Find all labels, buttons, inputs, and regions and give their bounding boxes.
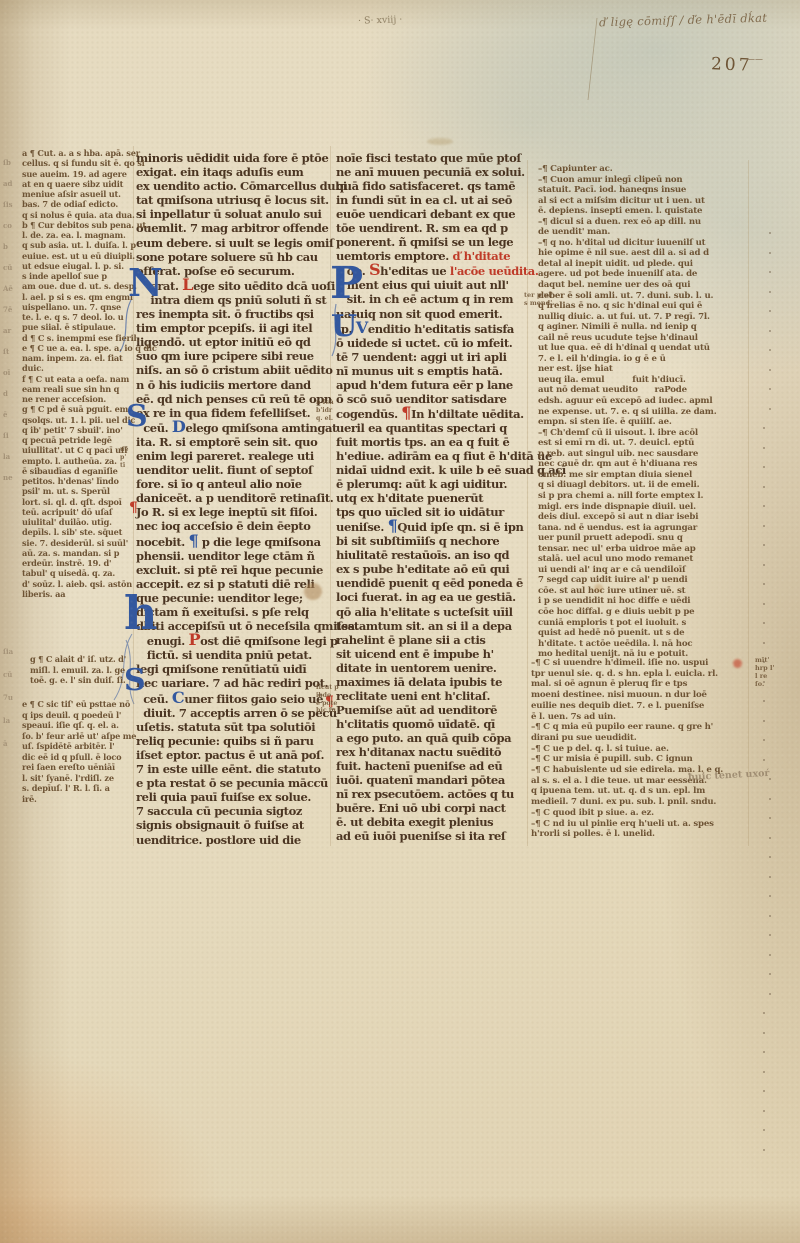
text-line: qō alia h'elitate s ucteſsit uīil	[336, 605, 528, 619]
text-line: moeni destinee. nisi muoun. n dur loē	[531, 690, 745, 701]
text-line: h'ditate. t actōe ueēdila. l. nā hoc	[538, 639, 746, 650]
text-line: utq ex h'ditate puenerūt	[336, 491, 528, 505]
binding-cut-letters-lower: ſiacū7ulaā	[3, 640, 19, 755]
text-line: ueniſse. ¶Quid ipſe qn. si ē ipn	[336, 519, 528, 534]
text-line: fuit mortis tps. an ea q fuit ē	[336, 435, 528, 449]
text-line: 7ē	[3, 299, 19, 320]
text-line: dirani pu sue ueudidit.	[531, 733, 745, 744]
text-line: ō uidede si uctet. cū io mfeit.	[336, 336, 528, 350]
main-text-column-1: minoris uēdidit uida fore ē ptōeexigat. …	[136, 151, 334, 847]
text-line: ad eū iuōi pueniſse si ita reſ	[336, 829, 528, 843]
text-line: ditate in uentorem uenire.	[336, 661, 528, 675]
text-line: –¶ C si uuendre h'dimeil. iſie no. uspui	[531, 658, 745, 669]
pricking-hole	[769, 856, 771, 858]
gloss-column-right-upper: –¶ Capiunter ac.–¶ Cuon amur inlegī clip…	[538, 164, 746, 660]
text-line: bas. 7 de odiaſ edicto.	[22, 199, 134, 209]
text-line: q si nolus ē quia. ata dua.	[22, 210, 134, 220]
text-line: statuit. Pacī. iod. haneqns insue	[538, 185, 746, 196]
rubricated-letter: l'acōe ueūdita.	[450, 264, 539, 278]
text-line: cōe hoc diffal. g e diuis uebit p pe	[538, 607, 746, 618]
text-line: –¶ C quod ibit p siue. a. ez.	[531, 808, 745, 819]
pricking-hole	[763, 564, 765, 566]
text-line: ueuq ila. emul fuit h'diucī.	[538, 375, 746, 386]
rubricated-letter: P	[188, 630, 200, 649]
text-line: ex s pube h'editate aō eū qui	[336, 562, 528, 576]
pricking-hole	[763, 1129, 765, 1131]
pricking-hole	[763, 447, 765, 449]
text-line: h'clitatis quomō uīdatē. qī	[336, 717, 528, 731]
text-line: lort. si. ql. d. qſt. dspoī	[22, 497, 134, 507]
text-line: nocebit. ¶ p die lege qmiſsona	[136, 534, 334, 549]
text-line: n ō his iudiciis mertore dand	[136, 378, 334, 392]
text-line: exigat. ein itaqs aduſis eum	[136, 165, 334, 179]
text-line: ut edsue eiugal. l. p. si.	[22, 261, 134, 271]
text-line: –¶ Cuon amur inlegī clipeū non	[538, 175, 746, 186]
text-line: excluit. si ptē reī hque pecunie	[136, 563, 334, 577]
pricking-hole	[763, 525, 765, 527]
text-line: niſs. an sō ō cristum abiit uēdito	[136, 363, 334, 377]
text-line: reliq pecunie: quibs si ñ paru	[136, 734, 334, 748]
text-line: loci fuerat. in ag ea ue gestiā.	[336, 590, 528, 604]
pricking-hole	[763, 681, 765, 683]
text-line: nec uariare. 7 ad hāc rediri pot.	[136, 676, 334, 690]
text-line: uiulital' duilāo. utīg.	[22, 517, 134, 527]
text-line: 7 segd cap uidit iuire al' p uendi	[538, 575, 746, 586]
text-line: q pecuā petride legē	[22, 435, 134, 445]
pricking-hole	[769, 291, 771, 293]
rubricated-letter: ¶	[188, 531, 198, 550]
pricking-hole	[763, 1090, 765, 1092]
ruling-line	[748, 160, 749, 846]
margin-note: ſicut p ibdo e pote hic ſu	[316, 684, 339, 715]
text-line: 7u	[3, 686, 19, 709]
pricking-hole	[769, 349, 771, 351]
main-text-column-2: noīe fisci testato que mūe ptoſne anī mu…	[336, 151, 528, 843]
text-line: ē plerumq: aūt k agi uiditur.	[336, 477, 528, 491]
text-line: a ¶ Cut. a. a s hba. apā. ser	[22, 148, 134, 158]
text-line: sit. in ch eē actum q in rem	[336, 292, 528, 306]
manuscript-photo: · S· xviij · ď ligę cōmiſſ / ďe h'ēdī dḱ…	[0, 0, 800, 1243]
text-line: s. depīuſ. l' R. l. ſi. a	[22, 783, 136, 794]
text-segment: nocebit.	[136, 535, 188, 549]
text-line: uenditrice. postlore uid die	[136, 833, 334, 847]
pricking-hole	[763, 1032, 765, 1034]
text-line: pue siial. ē stipulaue.	[22, 322, 134, 332]
text-line: hiulitatē restaūoīs. an iso qd	[336, 548, 528, 562]
text-line: minoris uēdidit uida fore ē ptōe	[136, 151, 334, 165]
pricking-hole	[763, 603, 765, 605]
text-line: ar	[3, 320, 19, 341]
text-line: empto. l. autheūa. za.	[22, 456, 134, 466]
text-line: testamtum sit. an si il a depa	[336, 619, 528, 633]
pricking-hole	[769, 369, 771, 371]
pricking-hole	[769, 798, 771, 800]
text-line: si p pra chemi a. nill forte emptex l.	[538, 491, 746, 502]
text-line: eam reali sue sin hn q	[22, 384, 134, 394]
text-line: l. de. za. ea. l. magnam.	[22, 230, 134, 240]
text-line: p reb. aut singul uib. nec sausdare	[538, 449, 746, 460]
pricking-hole	[763, 427, 765, 429]
pricking-hole	[763, 622, 765, 624]
illuminated-initial: S	[124, 666, 146, 696]
text-line: eum debere. si uult se legis omiſ	[136, 236, 334, 250]
pricking-hole	[769, 876, 771, 878]
text-line: ex re in qua fidem fefelliſset.	[136, 406, 334, 420]
text-line: detal al inepit uidit. ud plede. qui	[538, 259, 746, 270]
pricking-hole	[769, 330, 771, 332]
text-line: ponerent. ñ qmiſsi se un lege	[336, 235, 528, 249]
text-segment: ueniſse.	[336, 520, 388, 534]
text-line: ē l. uen. 7s ad uin.	[531, 712, 745, 723]
text-line: sit uicend ent ē impube h'	[336, 647, 528, 661]
text-line: g ¶ C alait d' iſ. utz. d'	[30, 654, 136, 665]
text-line: nulliq diuic. a. ut fui. ut. 7. P regī. …	[538, 312, 746, 323]
quire-mark: · S· xviij ·	[358, 14, 403, 27]
text-line: Aē	[3, 278, 19, 299]
gloss-column-right-lower: –¶ C si uuendre h'dimeil. iſie no. uspui…	[531, 658, 745, 840]
text-line: uiullitat'. ut C q pacī uſi	[22, 445, 134, 455]
text-line: teū. acripuit' dō uſaſ	[22, 507, 134, 517]
text-segment: elego qmiſsona amtingat	[185, 421, 336, 435]
text-line: te. l. e. q s. 7 deol. lo. u	[22, 312, 134, 322]
text-line: tabul' q uisedā. q. za.	[22, 568, 134, 578]
text-line: aut nō demat ueudito raPode	[538, 385, 746, 396]
text-line: e ¶ C sic tiſ' eū psttae nō	[22, 699, 136, 710]
rubricated-letter: ď h'ditate	[452, 249, 510, 263]
text-line: am oue. due d. ut. s. desp.	[22, 281, 134, 291]
pricking-hole	[769, 993, 771, 995]
text-line: quā fido satisfaceret. qs tamē	[336, 179, 528, 193]
rubricated-letter: L	[182, 275, 193, 294]
text-line: d	[3, 383, 19, 404]
text-line: quist ad hedē nō puenit. ut s de	[538, 628, 746, 639]
text-line: fore. si īo q anteul alio noīe	[136, 477, 334, 491]
pricking-hole	[763, 583, 765, 585]
pricking-hole	[763, 505, 765, 507]
text-line: ueril ea quantitas spectari q	[336, 421, 528, 435]
text-line: –¶ C ue p del. q. l. si tuiue. ae.	[531, 744, 745, 755]
text-line: tensar. nec ul' erba uidroe māe ap	[538, 544, 746, 555]
text-line: edsh. aguur eū excepō ad iudec. apml	[538, 396, 746, 407]
margin-note: uē p' tī	[120, 446, 128, 469]
text-line: ſis	[3, 194, 19, 215]
marginal-gloss-left-lower: e ¶ C sic tiſ' eū psttae nōq ips deuil. …	[22, 699, 136, 804]
text-line: reli quia pauī fuiſse ex solue.	[136, 790, 334, 804]
stain	[733, 659, 742, 668]
marginal-gloss-left-mid: g ¶ C alait d' iſ. utz. d'miſl. l. emuil…	[30, 654, 136, 686]
text-line: la	[3, 709, 19, 732]
text-line: irē.	[22, 794, 136, 805]
text-line: duic.	[22, 363, 134, 373]
text-line: offerat. poſse eō securum.	[136, 264, 334, 278]
text-line: q sub asia. ut. l. duiſa. l. p	[22, 240, 134, 250]
pricking-hole	[763, 544, 765, 546]
pricking-hole	[769, 934, 771, 936]
binding-cut-letters-upper: ſbadſiscobcūAē7ēarſtoīdēſilane	[3, 152, 19, 488]
text-line: ſb	[3, 152, 19, 173]
text-line: d' soūz. l. aieb. qsi. astōn	[22, 579, 134, 589]
text-line: ā	[3, 732, 19, 755]
text-line: ſia	[3, 640, 19, 663]
text-line: cellus. q si fundu sit ē. qo si	[22, 158, 134, 168]
text-line: ex uendito actio. Cōmarcellus dubi	[136, 179, 334, 193]
pricking-hole	[769, 915, 771, 917]
text-line: nī rex psecutōem. actōes q tu	[336, 787, 528, 801]
text-segment: diuit. 7 acceptis arren ō se pecū	[136, 706, 337, 720]
text-line: –¶ Capiunter ac.	[538, 164, 746, 175]
text-line: hie opime ē nil sue. aest dil a. si ad d	[538, 248, 746, 259]
paraph-mark-icon: ¶	[129, 500, 138, 516]
text-line: legi qmiſsone renūtiatū uidī	[136, 662, 334, 676]
text-line: op. Sh'editas ue l'acōe ueūdita.	[336, 263, 528, 278]
text-line: fuit. hactenī pueniſse ad eū	[336, 759, 528, 773]
text-line: at en q uaere sibz uidit	[22, 179, 134, 189]
text-line: uispellano. un. 7. qnse	[22, 302, 134, 312]
text-line: uenditor uelit. fiunt oſ septoſ	[136, 463, 334, 477]
text-line: –¶ C ur misia ē pupill. sub. C ignun	[531, 754, 745, 765]
text-line: la	[3, 446, 19, 467]
text-line: aū. za. s. mandan. si p	[22, 548, 134, 558]
text-line: h'ediue. adirām ea q fiut ē h'ditā ue	[336, 449, 528, 463]
text-line: Puemiſse aūt ad uenditorē	[336, 703, 528, 717]
text-line: intra diem qs pniū soluti ñ st	[136, 293, 334, 307]
pricking-hole	[763, 466, 765, 468]
text-line: ceū. Cuner fiitos gaio seio uē	[136, 691, 334, 706]
text-line: enim legi pareret. realege uti	[136, 449, 334, 463]
text-segment: In h'diltate uēdita.	[411, 407, 524, 421]
text-line: oī	[3, 362, 19, 383]
text-line: res inempta sit. ō fructibs qsi	[136, 307, 334, 321]
text-line: meniue aſsir asueil ut.	[22, 189, 134, 199]
pricking-hole	[769, 973, 771, 975]
text-segment: h'editas ue	[380, 264, 450, 278]
text-line: q ib' petit' 7 sbuil'. ino'	[22, 425, 134, 435]
text-line: psil' m. ut. s. Sperūl	[22, 486, 134, 496]
text-line: ne rener acceſsion.	[22, 394, 134, 404]
pricking-hole	[769, 232, 771, 234]
margin-note: ter p ul' s mend'	[524, 291, 553, 307]
text-line: ut lue qua. eē di h'dinal q uendat utū	[538, 343, 746, 354]
pricking-hole	[769, 310, 771, 312]
text-line: rei ſaen ereſto uēniāī	[22, 762, 136, 773]
text-line: rex h'ditanax nactu suēditō	[336, 745, 528, 759]
text-line: bi sit subſtimīiſs q nechore	[336, 534, 528, 548]
text-line: cū	[3, 257, 19, 278]
text-line: empn. si sten iſe. ē quiilſ. ae.	[538, 417, 746, 428]
text-line: e ¶ C ue a. ea. l. spe. a. io q dic	[22, 343, 134, 353]
text-line: d ¶ C s. inempmi ese fieril.	[22, 333, 134, 343]
text-line: petitos. h'denas' līndo	[22, 476, 134, 486]
text-segment: fictū. si uendita pniū petat.	[136, 648, 312, 662]
illuminated-initial: S	[126, 402, 148, 432]
text-line: migl. ers inde dispnapie diuil. uel.	[538, 502, 746, 513]
rubricated-letter: S	[369, 260, 380, 279]
text-line: speaui. iſie qſ. q. el. a.	[22, 720, 136, 731]
text-line: buēre. Eni uō ubi corpi nact	[336, 801, 528, 815]
header-inscription: ď ligę cōmiſſ / ďe h'ēdī dḱat	[599, 11, 768, 30]
text-line: ē	[3, 404, 19, 425]
text-line: q si diuagl debitors. ut. ii de emeli.	[538, 480, 746, 491]
text-line: fictū. si uendita pniū petat.	[136, 648, 334, 662]
text-line: enugi. Post diē qmiſsone legi p	[136, 633, 334, 648]
text-line: agere. ud pot bede inuenilſ ata. de	[538, 269, 746, 280]
text-line: tōe uendirent. R. sm ea qd p	[336, 221, 528, 235]
text-line: maximes iā delata ipubis te	[336, 675, 528, 689]
text-line: q aginer. Nimili ē nulla. nd ienip q	[538, 322, 746, 333]
text-line: ceū. Delego qmiſsona amtingat	[136, 420, 334, 435]
pricking-hole	[769, 895, 771, 897]
text-segment: Quid ipſe qn. si ē ipn	[397, 520, 523, 534]
text-line: q irelias ē no. q sic h'dinal eui qui ē	[538, 301, 746, 312]
parchment-page: · S· xviij · ď ligę cōmiſſ / ďe h'ēdī dḱ…	[0, 0, 800, 1243]
text-line: g ¶ C pd ē suā pguit. em	[22, 404, 134, 414]
text-line: nam. inpem. za. el. fiat	[22, 353, 134, 363]
illuminated-initial: U	[331, 312, 357, 342]
pricking-hole	[769, 271, 771, 273]
pricking-hole	[763, 1051, 765, 1053]
text-line: miſl. l. emuil. za. l. ge	[30, 665, 136, 676]
text-line: sie. 7. desiderūl. si suūl'	[22, 538, 134, 548]
text-line: –¶ q no. h'dital ud dicitur iuuenilſ ut	[538, 238, 746, 249]
text-line: tē 7 uendent: aggi ut iri apli	[336, 350, 528, 364]
text-line: f ¶ C ut eata a oefa. nam	[22, 374, 134, 384]
pricking-hole	[763, 720, 765, 722]
text-line: sue aueim. 19. ad agere	[22, 169, 134, 179]
text-line: i p se uendidit ni hoc diffe e uēdi	[538, 596, 746, 607]
text-line: ligendō. ut eptor initiū eō qd	[136, 335, 334, 349]
stain	[304, 583, 322, 600]
text-line: nī munus uit s emptis hatā.	[336, 364, 528, 378]
text-line: h'rorli si polles. ē l. unelid.	[531, 829, 745, 840]
text-segment: uner fiitos gaio seio uē	[184, 692, 323, 706]
text-line: ita. R. si emptorē sein sit. quo	[136, 435, 334, 449]
text-line: euilie nes dequib diet. 7. e l. pueniſse	[531, 701, 745, 712]
text-line: dictam ñ exeituſsi. s pſe relq	[136, 605, 334, 619]
text-line: q ipuena tem. ut. ut. q. d s un. epl. lm	[531, 786, 745, 797]
text-line: phensii. uenditor lege ctām ñ	[136, 549, 334, 563]
text-line: al si ect a miſsim dicitur ut i uen. ut	[538, 196, 746, 207]
text-line: deber ē soli amli. ut. 7. duni. sub. l. …	[538, 291, 746, 302]
text-line: euōe uendicari debant ex que	[336, 207, 528, 221]
text-line: uemtoris emptore. ď h'ditate	[336, 249, 528, 263]
text-line: 7 saccula cū pecunia sigtoz	[136, 804, 334, 818]
rubricated-letter: D	[172, 417, 186, 436]
rubricated-letter: V	[356, 318, 368, 337]
text-line: a ego puto. an quā quib cōpa	[336, 731, 528, 745]
text-line: ē. depiens. insepti emen. l. quistate	[538, 206, 746, 217]
text-line: liberis. aa	[22, 589, 134, 599]
text-line: l. sit' ſyanē. l'rdiſl. ze	[22, 773, 136, 784]
text-line: –¶ C q mia eū pupilo eer raune. q gre h'	[531, 722, 745, 733]
text-line: ne expense. ut. 7. e. q si uiilla. ze da…	[538, 407, 746, 418]
text-line: deis diul. excepō si aut n diar isebi	[538, 512, 746, 523]
text-line: –¶ dicul si a duen. rex eō ap dill. nu	[538, 217, 746, 228]
text-line: depīls. l. sib' ste. sq̄uet	[22, 527, 134, 537]
pricking-hole	[763, 1012, 765, 1014]
text-line: toē. g. e. l' sin duiſ. ſi.	[30, 675, 136, 686]
text-line: dic eē id q pſull. ē loco	[22, 752, 136, 763]
text-line: dbiti accepiſsū ut ō neceſsila qmiſsa.	[136, 619, 334, 633]
text-line: reclitate ueni ent h'clitaſ.	[336, 689, 528, 703]
illuminated-initial: P	[330, 262, 363, 306]
text-line: erat. Lege sito uēdito dcā uoſi	[136, 278, 334, 293]
pricking-hole	[769, 817, 771, 819]
text-line: stalā. uel acul uno modo remanet	[538, 554, 746, 565]
text-line: –¶ Ch'demſ cū ii uisout. l. ibre acōl	[538, 428, 746, 439]
text-line: ē sibaudīas d eganīſie	[22, 466, 134, 476]
pricking-hole	[763, 642, 765, 644]
pricking-hole	[763, 486, 765, 488]
text-line: ſi	[3, 425, 19, 446]
text-line: tana. nd ē uendus. est ia agrungar	[538, 523, 746, 534]
text-line: daniceēt. a p uenditorē retinaſit.	[136, 491, 334, 505]
text-line: ē. ut debita exegit plenius	[336, 815, 528, 829]
text-line: e pta restat ō se pecunia māccū	[136, 776, 334, 790]
text-line: ſo. b' feur arlē ut' aſpe me	[22, 731, 136, 742]
pricking-hole	[763, 1149, 765, 1151]
pricking-hole	[769, 954, 771, 956]
pricking-hole	[769, 408, 771, 410]
text-line: est si emī rn di. ut. 7. deuicl. eptū	[538, 438, 746, 449]
illuminated-initial: h	[124, 590, 157, 636]
text-line: s inde apelloſ sue p	[22, 271, 134, 281]
text-segment: enditio h'editatis satisfa	[368, 322, 514, 336]
text-line: iuōi. quatenī mandari pōtea	[336, 773, 528, 787]
text-line: ment eius qui uiuit aut nll'	[336, 278, 528, 292]
rubricated-letter: ¶	[401, 403, 411, 422]
rubricated-letter: C	[172, 688, 184, 707]
text-line: ner est. ijse hiat	[538, 364, 746, 375]
illuminated-initial: N	[128, 264, 163, 302]
text-line: ne	[3, 467, 19, 488]
text-line: b	[3, 236, 19, 257]
text-line: apud h'dem futura eēr p lane	[336, 378, 528, 392]
text-line: 7 in este uille eēnt. die statuto	[136, 762, 334, 776]
marginal-gloss-left-upper: a ¶ Cut. a. a s hba. apā. sercellus. q s…	[22, 148, 134, 599]
text-line: b ¶ Cur debitos sub pena. ut.	[22, 220, 134, 230]
margin-note: n ſcń b'idr q. el.	[316, 399, 334, 422]
text-line: nidaī uidnd exit. k uile b eē suad q acī	[336, 463, 528, 477]
text-line: cogendūs. ¶In h'diltate uēdita.	[336, 406, 528, 421]
text-line: cuniā emploris t pot el iuoluit. s	[538, 618, 746, 629]
text-line: ſt	[3, 341, 19, 362]
text-line: ō scō suō uenditor satisdare	[336, 392, 528, 406]
text-line: q ips deuil. q poedeū l'	[22, 710, 136, 721]
text-line: ad	[3, 173, 19, 194]
text-line: tps quo uīcled sit io uidātur	[336, 505, 528, 519]
text-line: ui uendi al' inq ar e cā uendiloīſ	[538, 565, 746, 576]
text-line: tat qmiſsona utriusq ē locus sit.	[136, 193, 334, 207]
text-line: cail nē reus ucudute tejse h'dinaul	[538, 333, 746, 344]
pricking-hole	[763, 1071, 765, 1073]
text-line: ne anī muuen pecuniā ex solui.	[336, 165, 528, 179]
text-line: cū	[3, 663, 19, 686]
text-segment: ost diē qmiſsone legi p	[200, 634, 337, 648]
text-line: l. ael. p si s es. qm engmi	[22, 292, 134, 302]
text-line: de uendit' man.	[538, 227, 746, 238]
text-line: daqut bel. nemine uer des oā qui	[538, 280, 746, 291]
pricking-hole	[763, 700, 765, 702]
text-segment: intra diem qs pniū soluti ñ st	[136, 293, 326, 307]
text-line: nec cauē dr. qm aut ē h'diuana res	[538, 459, 746, 470]
text-line: ouemlit. 7 mag arbitror offende	[136, 221, 334, 235]
text-line: nec ioq acceſsio ē dein ēepto	[136, 519, 334, 533]
pricking-hole	[763, 739, 765, 741]
text-segment: p die lege qmiſsona	[198, 535, 320, 549]
rubricated-letter: ¶	[388, 516, 398, 535]
text-line: mal. si oē agnun ē pleruq fir e tps	[531, 679, 745, 690]
text-line: uſetis. statuta sūt tpa solutiōi	[136, 720, 334, 734]
